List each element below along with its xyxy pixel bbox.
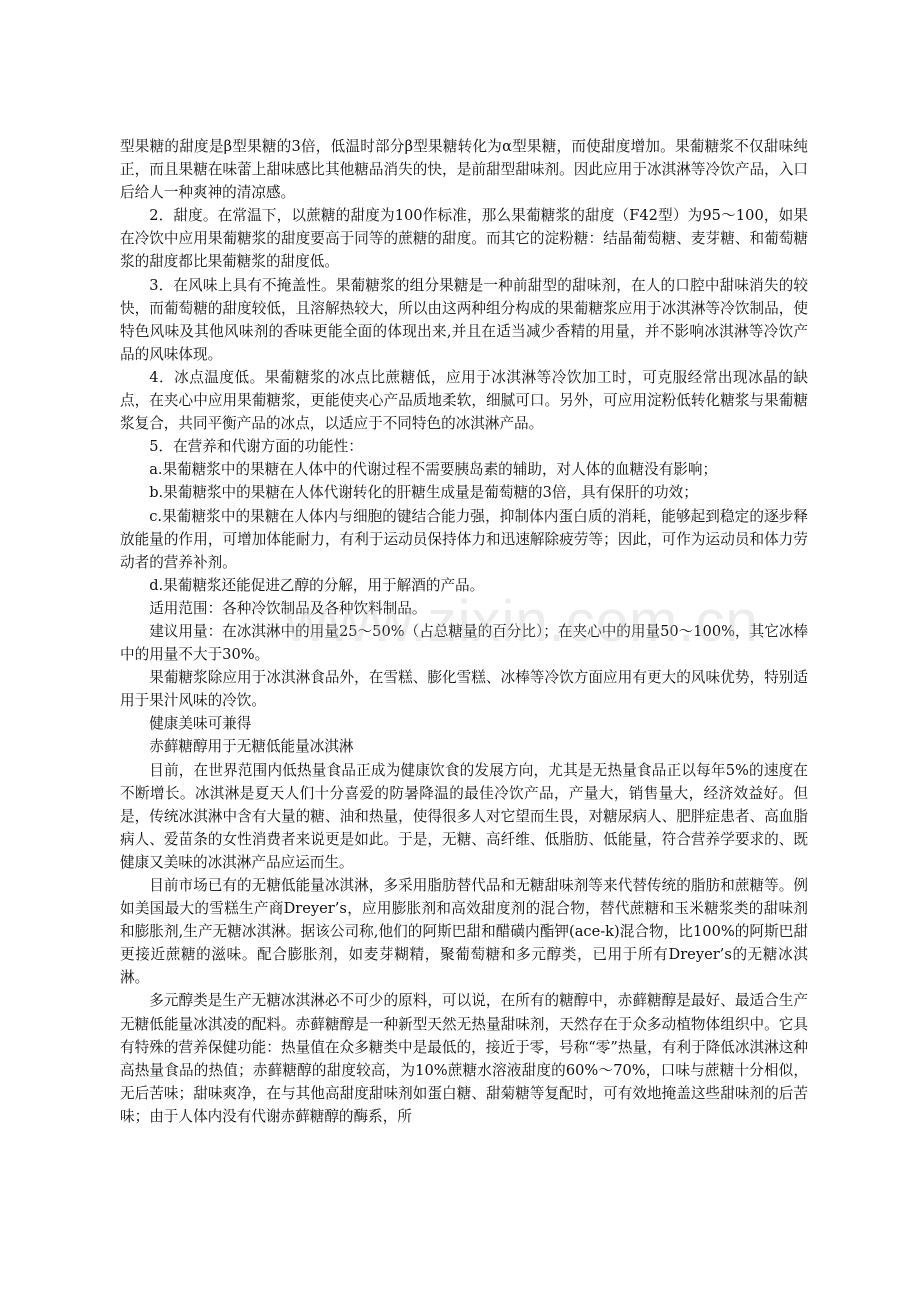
paragraph-nutrition-c: c.果葡糖浆中的果糖在人体内与细胞的键结合能力强，抑制体内蛋白质的消耗，能够起到… [120,505,808,574]
paragraph-scope: 适用范围：各种冷饮制品及各种饮料制品。 [120,597,808,620]
paragraph-flavor: 3．在风味上具有不掩盖性。果葡糖浆的组分果糖是一种前甜型的甜味剂，在人的口腔中甜… [120,274,808,366]
document-body: 型果糖的甜度是β型果糖的3倍，低温时部分β型果糖转化为α型果糖，而使甜度增加。果… [120,135,808,1128]
paragraph-nutrition-b: b.果葡糖浆中的果糖在人体代谢转化的肝糖生成量是葡萄糖的3倍，具有保肝的功效； [120,481,808,504]
section-subheading-erythritol: 赤藓糖醇用于无糖低能量冰淇淋 [120,735,808,758]
paragraph-other-uses: 果葡糖浆除应用于冰淇淋食品外，在雪糕、膨化雪糕、冰棒等冷饮方面应用有更大的风味优… [120,666,808,712]
paragraph-nutrition-a: a.果葡糖浆中的果糖在人体中的代谢过程不需要胰岛素的辅助，对人体的血糖没有影响； [120,458,808,481]
paragraph-fructose-sweetness: 型果糖的甜度是β型果糖的3倍，低温时部分β型果糖转化为α型果糖，而使甜度增加。果… [120,135,808,204]
paragraph-sweetness: 2．甜度。在常温下，以蔗糖的甜度为100作标准，那么果葡糖浆的甜度（F42型）为… [120,204,808,273]
section-heading-health: 健康美味可兼得 [120,712,808,735]
paragraph-nutrition-heading: 5．在营养和代谢方面的功能性： [120,435,808,458]
paragraph-polyols: 多元醇类是生产无糖冰淇淋必不可少的原料，可以说，在所有的糖醇中，赤藓糖醇是最好、… [120,989,808,1128]
paragraph-nutrition-d: d.果葡糖浆还能促进乙醇的分解，用于解酒的产品。 [120,574,808,597]
paragraph-freezing-point: 4．冰点温度低。果葡糖浆的冰点比蔗糖低，应用于冰淇淋等冷饮加工时，可克服经常出现… [120,366,808,435]
paragraph-low-calorie-trend: 目前，在世界范围内低热量食品正成为健康饮食的发展方向，尤其是无热量食品正以每年5… [120,759,808,874]
paragraph-market-products: 目前市场已有的无糖低能量冰淇淋，多采用脂肪替代品和无糖甜味剂等来代替传统的脂肪和… [120,874,808,989]
paragraph-dosage: 建议用量：在冰淇淋中的用量25～50%（占总糖量的百分比）；在夹心中的用量50～… [120,620,808,666]
